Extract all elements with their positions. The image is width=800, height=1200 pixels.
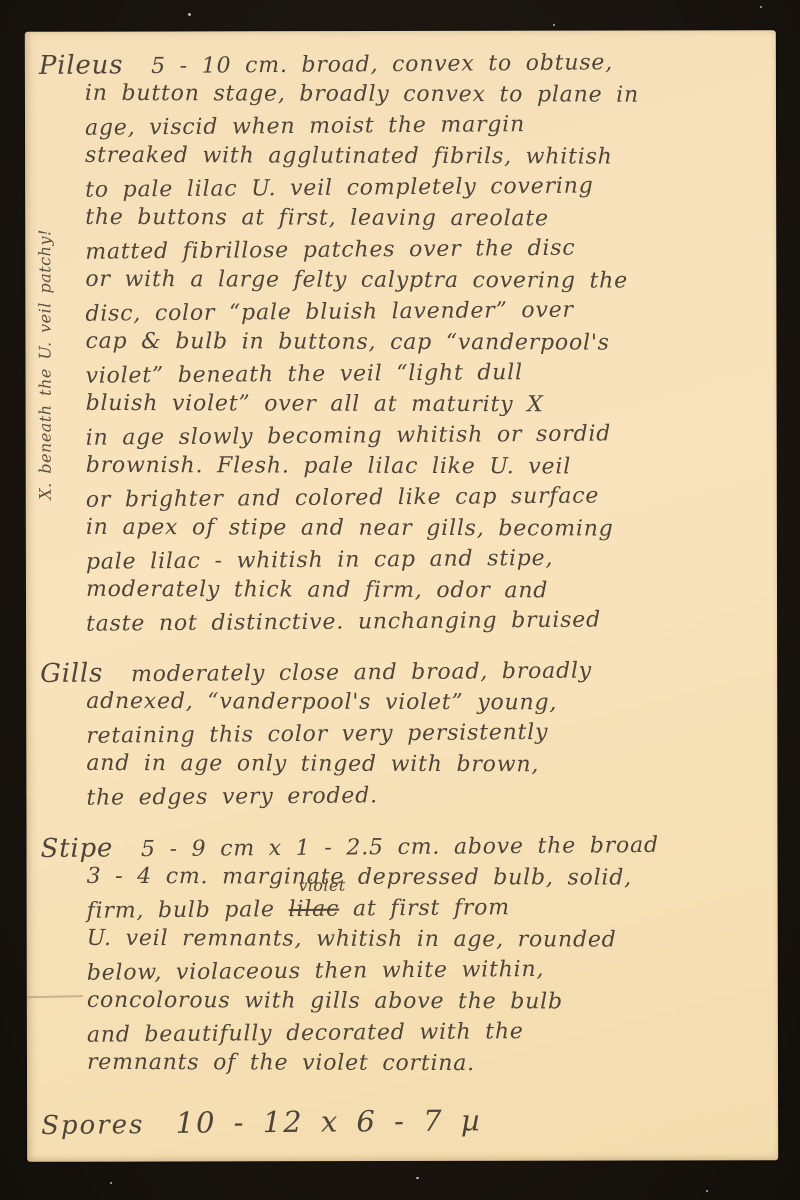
section-pileus: Pileus 5 - 10 cm. broad, convex to obtus… (39, 47, 761, 638)
dust-speck (553, 24, 555, 26)
section-stipe: Stipe 5 - 9 cm x 1 - 2.5 cm. above the b… (40, 830, 762, 1080)
pileus-line: or brighter and colored like cap surface (86, 479, 761, 516)
stipe-overwrite-pre: firm, bulb pale (87, 897, 275, 924)
pileus-line: brownish. Flesh. pale lilac like U. veil (86, 450, 761, 483)
pileus-line: to pale lilac U. veil completely coverin… (85, 169, 760, 206)
stipe-line: below, violaceous then white within, (87, 952, 762, 989)
pileus-line: cap & bulb in buttons, cap “vanderpool's (85, 326, 760, 359)
stipe-first-text: 5 - 9 cm x 1 - 2.5 cm. above the broad (141, 833, 659, 862)
gills-line: the edges very eroded. (86, 777, 761, 814)
pileus-line: in button stage, broadly convex to plane… (85, 78, 760, 111)
pileus-line: matted fibrillose patches over the disc (85, 231, 760, 268)
gills-first-line: Gills moderately close and broad, broadl… (40, 653, 761, 690)
stipe-overwrite-line: firm, bulb pale lilac violet at first fr… (87, 890, 762, 927)
gills-line: retaining this color very persistently (86, 715, 761, 752)
pileus-line: violet” beneath the veil “light dull (85, 355, 760, 392)
stipe-line: remnants of the violet cortina. (87, 1047, 762, 1080)
dust-speck (760, 6, 762, 8)
pileus-line: in apex of stipe and near gills, becomin… (86, 512, 761, 545)
stipe-label: Stipe (40, 833, 113, 864)
pileus-first-text: 5 - 10 cm. broad, convex to obtuse, (151, 50, 613, 79)
dust-speck (188, 13, 191, 16)
section-gills: Gills moderately close and broad, broadl… (40, 655, 761, 812)
note-content: Pileus 5 - 10 cm. broad, convex to obtus… (39, 47, 762, 1146)
stipe-line: U. veil remnants, whitish in age, rounde… (87, 923, 762, 956)
stipe-line: 3 - 4 cm. marginate depressed bulb, soli… (87, 861, 762, 894)
spores-label: Spores (41, 1110, 145, 1141)
pileus-label: Pileus (39, 50, 124, 81)
pileus-line: disc, color “pale bluish lavender” over (85, 293, 760, 330)
pileus-line: taste not distinctive. unchanging bruise… (86, 603, 761, 640)
dust-speck (416, 1177, 419, 1179)
section-spores: Spores 10 - 12 x 6 - 7 µ (41, 1096, 762, 1146)
pileus-line: moderately thick and firm, odor and (86, 574, 761, 607)
pileus-line: bluish violet” over all at maturity X (86, 388, 761, 421)
stipe-first-line: Stipe 5 - 9 cm x 1 - 2.5 cm. above the b… (40, 828, 761, 865)
gills-line: adnexed, “vanderpool's violet” young, (86, 686, 761, 719)
handwritten-note-card: X. beneath the U. veil patchy! Pileus 5 … (25, 30, 778, 1162)
corrected-word: lilac violet (289, 894, 340, 925)
stipe-line: and beautifully decorated with the (87, 1014, 762, 1051)
stipe-line: concolorous with gills above the bulb (87, 985, 762, 1018)
dust-speck (110, 1182, 112, 1184)
pileus-line: in age slowly becoming whitish or sordid (86, 417, 761, 454)
spores-line: Spores 10 - 12 x 6 - 7 µ (41, 1094, 762, 1148)
stipe-overwrite-post: at first from (353, 895, 510, 921)
pileus-line: or with a large felty calyptra covering … (85, 264, 760, 297)
pileus-line: streaked with agglutinated fibrils, whit… (85, 140, 760, 173)
gills-first-text: moderately close and broad, broadly (131, 658, 592, 687)
gills-line: and in age only tinged with brown, (86, 748, 761, 781)
pileus-first-line: Pileus 5 - 10 cm. broad, convex to obtus… (39, 45, 760, 82)
dust-speck (706, 1190, 708, 1192)
pileus-line: the buttons at first, leaving areolate (85, 202, 760, 235)
struck-word: lilac (289, 897, 340, 922)
gills-label: Gills (40, 658, 103, 689)
pileus-line: age, viscid when moist the margin (85, 107, 760, 144)
spores-text: 10 - 12 x 6 - 7 µ (175, 1103, 481, 1140)
pileus-line: pale lilac - whitish in cap and stipe, (86, 541, 761, 578)
correction-word: violet (298, 878, 345, 894)
